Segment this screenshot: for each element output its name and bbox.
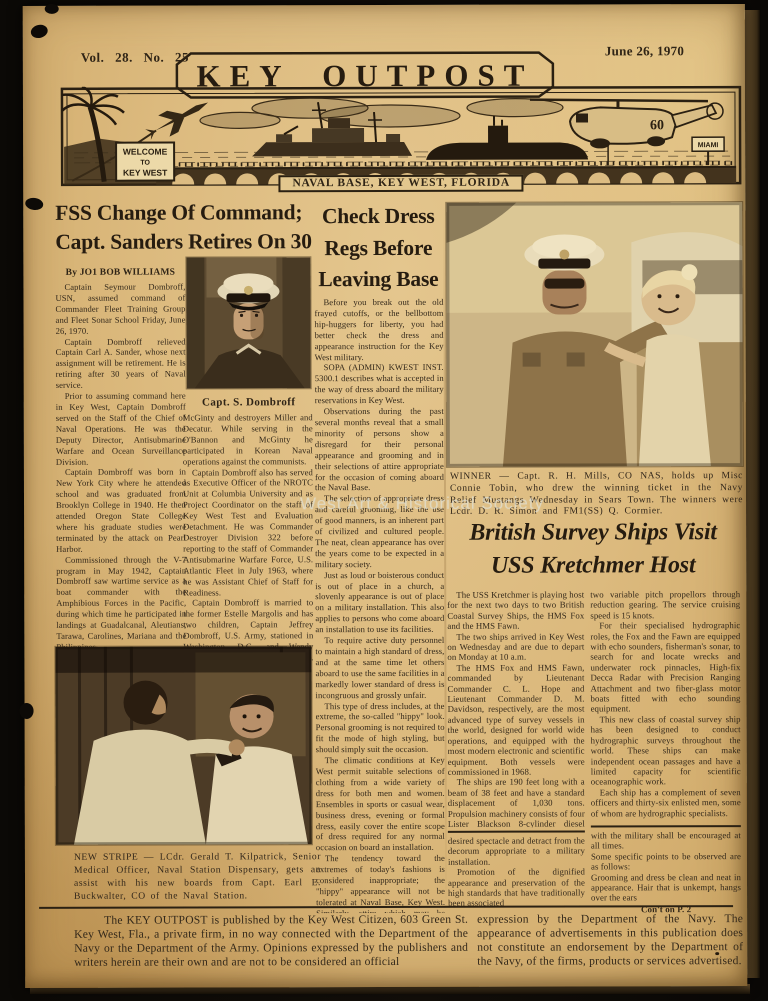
column-divider [591, 825, 741, 827]
paragraph: The ships are 190 feet long with a beam … [448, 777, 585, 828]
paragraph: This new class of coastal survey ship ha… [591, 714, 741, 787]
helicopter-number: 60 [650, 118, 664, 133]
paragraph: Observations during the past several mon… [315, 406, 444, 494]
paragraph: Grooming and dress be clean and neat in … [591, 872, 741, 904]
british-column-1: The USS Kretchmer is playing host for th… [447, 589, 585, 827]
fss-headline-line1: FSS Change Of Command; [55, 200, 323, 226]
svg-text:MIAMI: MIAMI [698, 142, 719, 149]
hole-punch-mark [20, 703, 34, 719]
paragraph: Promotion of the dignified appearance an… [448, 867, 585, 908]
clouds [200, 98, 563, 129]
dombroff-photo-caption: Capt. S. Dombroff [187, 396, 311, 408]
new-stripe-caption: NEW STRIPE — LCdr. Gerald T. Kilpatrick,… [74, 850, 321, 903]
british-headline: British Survey Ships Visit USS Kretchmer… [442, 516, 744, 583]
paragraph: two variable pitch propellors through re… [590, 589, 740, 621]
fss-column-2: McGinty and destroyers Miller and Decatu… [183, 412, 314, 667]
footer-text-right: expression by the Department of the Navy… [477, 912, 743, 969]
svg-text:WELCOME: WELCOME [123, 147, 168, 157]
paragraph: SOPA (ADMIN) KWEST INST. 5300.1 describe… [315, 362, 444, 406]
page-title: KEY OUTPOST [196, 58, 533, 94]
fss-column-1: Captain Seymour Dombroff, USN, assumed c… [55, 282, 186, 649]
paragraph: Captain Dombroff was born in New York Ci… [56, 467, 186, 555]
paragraph: To require active duty personnel to main… [315, 635, 444, 701]
paragraph: Prior to assuming command here in Key We… [56, 391, 186, 468]
paragraph: Captain Dombroff also has served as Exec… [183, 467, 313, 598]
submarine [426, 115, 588, 159]
archive-watermark: West Art & Historical Society [300, 494, 544, 515]
hole-punch-mark [29, 23, 49, 40]
paragraph: Each ship has a complement of seven offi… [591, 787, 741, 819]
dress-column: Before you break out the old frayed cuto… [314, 297, 445, 913]
hole-punch-mark [24, 197, 43, 211]
issue-date: June 26, 1970 [605, 43, 684, 59]
ink-blot [45, 4, 59, 14]
footer-text-left: The KEY OUTPOST is published by the Key … [74, 913, 468, 970]
dombroff-photo [186, 257, 310, 388]
column-divider [448, 830, 585, 832]
paragraph: Captain Seymour Dombroff, USN, assumed c… [55, 282, 185, 337]
dress-continuation-right: with the military shall be encouraged at… [591, 830, 741, 912]
paragraph: McGinty and destroyers Miller and Decatu… [183, 412, 313, 467]
paragraph: For their specialised hydrographic roles… [590, 620, 740, 714]
svg-text:TO: TO [140, 160, 150, 167]
paragraph: The two ships arrived in Key West on Wed… [447, 631, 584, 663]
paragraph: The HMS Fox and HMS Fawn, commanded by L… [447, 662, 584, 777]
paragraph: The tendency toward the extremes of toda… [316, 853, 445, 913]
paragraph: Captain Dombroff relieved Captain Carl A… [56, 336, 186, 391]
paragraph: The climatic conditions at Key West perm… [316, 755, 445, 853]
masthead-illustration: 60 [60, 85, 742, 195]
paragraph: desired spectacle and detract from the d… [448, 835, 585, 867]
new-stripe-photo [55, 646, 312, 845]
paragraph: Before you break out the old frayed cuto… [314, 297, 443, 363]
paragraph: The USS Kretchmer is playing host for th… [447, 589, 584, 631]
paragraph: with the military shall be encouraged at… [591, 830, 741, 851]
dress-headline: Check Dress Regs Before Leaving Base [309, 201, 447, 296]
british-column-2: two variable pitch propellors through re… [590, 589, 741, 822]
masthead-caption: NAVAL BASE, KEY WEST, FLORIDA [278, 175, 524, 193]
fss-headline-line2: Capt. Sanders Retires On 30 [55, 229, 323, 255]
newspaper-page: Vol. 28. No. 25 June 26, 1970 KEY OUTPOS… [23, 4, 748, 988]
masthead-banner: KEY OUTPOST [175, 51, 555, 100]
winner-photo [446, 202, 743, 467]
volume-number: Vol. 28. No. 25 [81, 50, 189, 66]
paragraph: Commissioned through the V-7 program in … [56, 554, 186, 649]
paragraph: This type of dress includes, at the extr… [316, 700, 445, 755]
byline: By JO1 BOB WILLIAMS [55, 268, 185, 278]
paragraph: Just as loud or boisterous conduct is ou… [315, 570, 444, 636]
welcome-sign: WELCOME TO KEY WEST [116, 143, 174, 181]
dress-continuation-left: desired spectacle and detract from the d… [448, 835, 585, 907]
svg-text:KEY WEST: KEY WEST [123, 168, 168, 178]
paragraph: Some specific points to be observed are … [591, 851, 741, 872]
